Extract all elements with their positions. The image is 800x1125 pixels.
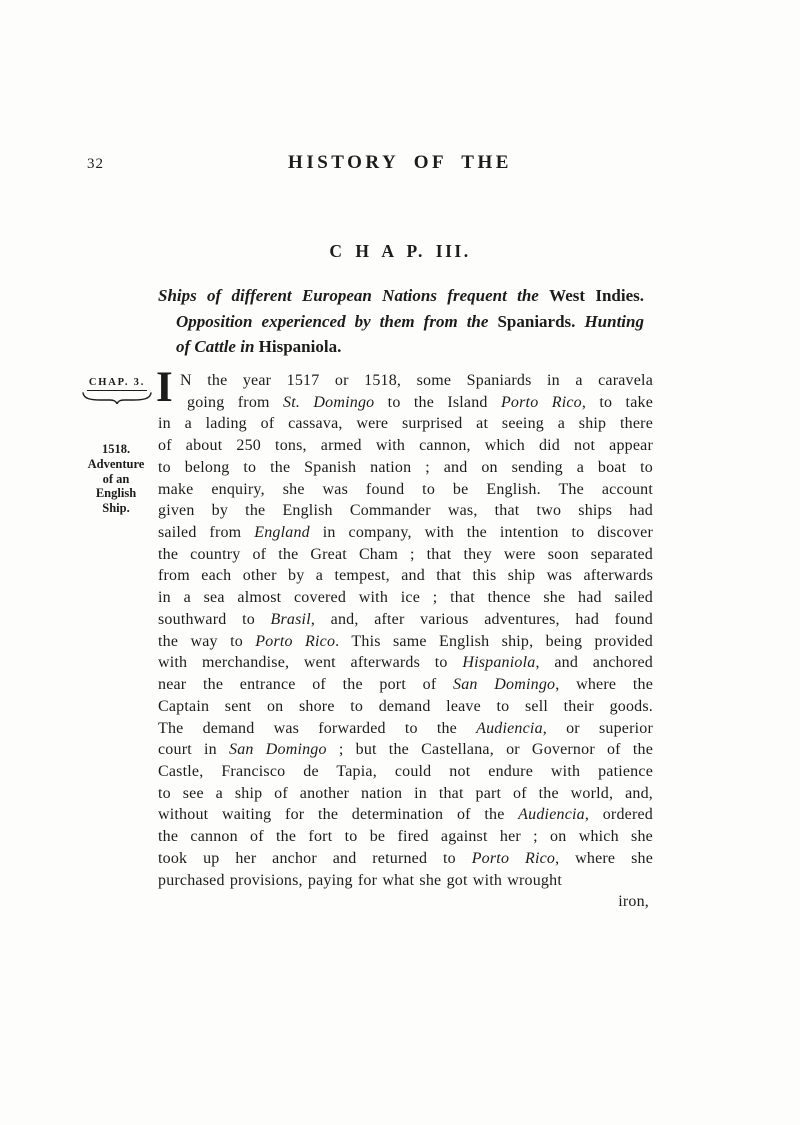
text-segment: near the entrance of the port of <box>158 676 453 693</box>
body-line: court in San Domingo ; but the Castellan… <box>158 739 653 761</box>
text-segment: Ships of different European Nations freq… <box>158 286 549 305</box>
text-segment: Hispaniola <box>462 654 535 671</box>
text-segment: , ordered <box>585 806 653 823</box>
text-segment: ; but the Castellana, or Governor of the <box>327 741 653 758</box>
body-line: near the entrance of the port of San Dom… <box>158 674 653 696</box>
text-segment: , where she <box>555 850 653 867</box>
text-segment: Porto Rico <box>255 633 335 650</box>
text-segment: Hunting <box>584 312 644 331</box>
body-line: the way to Porto Rico. This same English… <box>158 631 653 653</box>
text-segment: took up her anchor and returned to <box>158 850 472 867</box>
catchword: iron, <box>618 891 649 913</box>
text-segment: court in <box>158 741 229 758</box>
text-segment: Hispaniola. <box>259 337 342 356</box>
text-segment: the country of the Great Cham ; that the… <box>158 546 653 563</box>
body-line: the cannon of the fort to be fired again… <box>158 826 653 848</box>
text-segment: San Domingo <box>229 741 327 758</box>
text-segment: to see a ship of another nation in that … <box>158 785 653 802</box>
text-segment: , where the <box>555 676 653 693</box>
text-segment: of Cattle in <box>176 337 259 356</box>
summary-line: Opposition experienced by them from the … <box>158 309 644 335</box>
text-segment: in a sea almost covered with ice ; that … <box>158 589 653 606</box>
body-line: with merchandise, went afterwards to His… <box>158 652 653 674</box>
body-line: going from St. Domingo to the Island Por… <box>158 392 653 414</box>
body-line: Castle, Francisco de Tapia, could not en… <box>158 761 653 783</box>
body-line: in a lading of cassava, were surprised a… <box>158 413 653 435</box>
text-segment: in company, with the intention to discov… <box>310 524 653 541</box>
margin-chapter-label: CHAP. 3. <box>87 377 147 391</box>
text-segment: sailed from <box>158 524 254 541</box>
sidenote-line: Ship. <box>72 501 160 516</box>
margin-sidenote: 1518.Adventureof anEnglishShip. <box>72 442 160 516</box>
text-segment: in a lading of cassava, were surprised a… <box>158 415 653 432</box>
text-segment: with merchandise, went afterwards to <box>158 654 462 671</box>
text-segment: , or superior <box>543 720 653 737</box>
body-line: Captain sent on shore to demand leave to… <box>158 696 653 718</box>
body-line: without waiting for the determination of… <box>158 804 653 826</box>
underbrace-icon <box>81 392 153 404</box>
text-segment: Audiencia <box>518 806 585 823</box>
body-line: to belong to the Spanish nation ; and on… <box>158 457 653 479</box>
body-text: I N the year 1517 or 1518, some Spaniard… <box>158 370 653 891</box>
summary-line: Ships of different European Nations freq… <box>158 283 644 309</box>
text-segment: to the Island <box>374 394 501 411</box>
body-line: from each other by a tempest, and that t… <box>158 565 653 587</box>
body-line: of about 250 tons, armed with cannon, wh… <box>158 435 653 457</box>
body-lines: N the year 1517 or 1518, some Spaniards … <box>158 370 653 891</box>
text-segment: Spaniards. <box>497 312 584 331</box>
text-segment: Opposition experienced by them from the <box>176 312 497 331</box>
text-segment: , and anchored <box>535 654 653 671</box>
running-title: HISTORY OF THE <box>0 152 800 174</box>
text-segment: without waiting for the determination of… <box>158 806 518 823</box>
text-segment: Captain sent on shore to demand leave to… <box>158 698 653 715</box>
text-segment: the way to <box>158 633 255 650</box>
sidenote-line: of an <box>72 472 160 487</box>
text-segment: to belong to the Spanish nation ; and on… <box>158 459 653 476</box>
body-line: N the year 1517 or 1518, some Spaniards … <box>158 370 653 392</box>
text-segment: , and, after various adventures, had fou… <box>311 611 653 628</box>
summary-line: of Cattle in Hispaniola. <box>158 334 644 360</box>
text-segment: southward to <box>158 611 271 628</box>
text-segment: the cannon of the fort to be fired again… <box>158 828 653 845</box>
text-segment: England <box>254 524 310 541</box>
drop-cap: I <box>156 373 173 403</box>
text-segment: , to take <box>582 394 653 411</box>
text-segment: West Indies. <box>549 286 644 305</box>
body-line: in a sea almost covered with ice ; that … <box>158 587 653 609</box>
text-segment: Porto Rico <box>472 850 555 867</box>
text-segment: St. Domingo <box>283 394 374 411</box>
body-line: the country of the Great Cham ; that the… <box>158 544 653 566</box>
text-segment: N the year 1517 or 1518, some Spaniards … <box>180 372 653 389</box>
body-line: southward to Brasil, and, after various … <box>158 609 653 631</box>
body-line: to see a ship of another nation in that … <box>158 783 653 805</box>
text-segment: make enquiry, she was found to be Englis… <box>158 481 653 498</box>
text-segment: Castle, Francisco de Tapia, could not en… <box>158 763 653 780</box>
body-line: took up her anchor and returned to Porto… <box>158 848 653 870</box>
margin-chapter-note: CHAP. 3. <box>76 372 158 404</box>
text-segment: . This same English ship, being provided <box>335 633 653 650</box>
text-segment: Brasil <box>271 611 311 628</box>
sidenote-line: English <box>72 486 160 501</box>
sidenote-line: 1518. <box>72 442 160 457</box>
text-segment: Porto Rico <box>501 394 582 411</box>
body-line: given by the English Commander was, that… <box>158 500 653 522</box>
text-segment: going from <box>187 394 283 411</box>
text-segment: given by the English Commander was, that… <box>158 502 653 519</box>
text-segment: of about 250 tons, armed with cannon, wh… <box>158 437 653 454</box>
sidenote-line: Adventure <box>72 457 160 472</box>
text-segment: The demand was forwarded to the <box>158 720 476 737</box>
text-segment: Audiencia <box>476 720 543 737</box>
book-page: 32 HISTORY OF THE C H A P. III. Ships of… <box>0 0 800 1125</box>
body-line: The demand was forwarded to the Audienci… <box>158 718 653 740</box>
text-segment: San Domingo <box>453 676 555 693</box>
text-segment: purchased provisions, paying for what sh… <box>158 872 562 889</box>
body-line: make enquiry, she was found to be Englis… <box>158 479 653 501</box>
body-line: purchased provisions, paying for what sh… <box>158 870 653 892</box>
text-segment: from each other by a tempest, and that t… <box>158 567 653 584</box>
chapter-heading: C H A P. III. <box>0 241 800 262</box>
body-line: sailed from England in company, with the… <box>158 522 653 544</box>
chapter-summary: Ships of different European Nations freq… <box>158 283 644 360</box>
